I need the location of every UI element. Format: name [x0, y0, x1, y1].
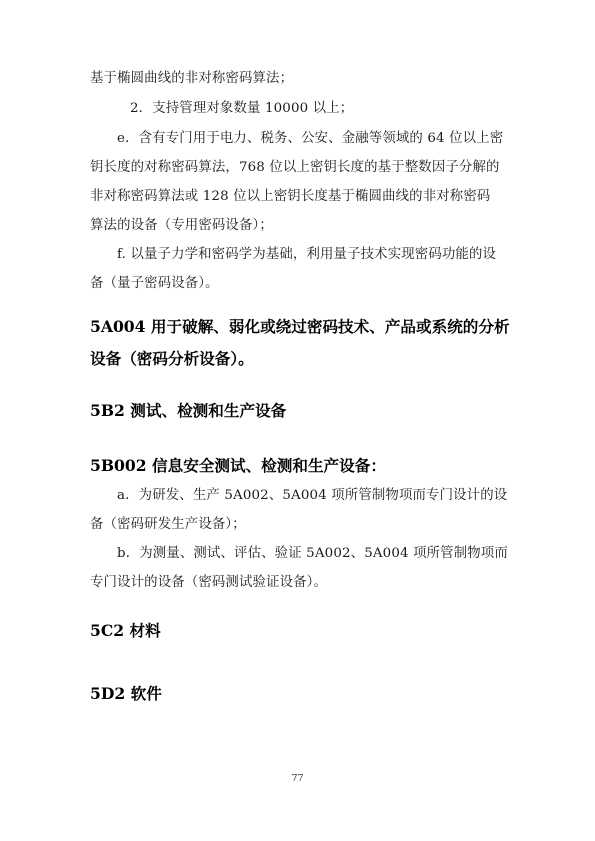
body-text-line: 钥长度的对称密码算法，768 位以上密钥长度的基于整数因子分解的	[90, 160, 508, 176]
list-item-f: f. 以量子力学和密码学为基础，利用量子技术实现密码功能的设	[117, 247, 535, 263]
section-heading-5b2: 5B2 测试、检测和生产设备	[90, 402, 286, 420]
body-text-line: 算法的设备（专用密码设备）；	[90, 218, 508, 234]
section-heading-5a004-cont: 设备（密码分析设备）。	[90, 350, 254, 368]
page-number: 77	[0, 773, 595, 784]
body-text-line: 备（量子密码设备）。	[90, 276, 508, 292]
list-item-e: e．含有专门用于电力、税务、公安、金融等领域的 64 位以上密	[117, 131, 535, 147]
section-heading-5b002: 5B002 信息安全测试、检测和生产设备：	[90, 457, 386, 475]
section-heading-5c2: 5C2 材料	[90, 622, 161, 640]
list-item-2: 2．支持管理对象数量 10000 以上；	[130, 101, 548, 117]
body-text-line: 基于椭圆曲线的非对称密码算法；	[90, 71, 508, 87]
section-heading-5a004: 5A004 用于破解、弱化或绕过密码技术、产品或系统的分析	[90, 318, 510, 336]
body-text-line: 非对称密码算法或 128 位以上密钥长度基于椭圆曲线的非对称密码	[90, 189, 508, 205]
body-text-line: 备（密码研发生产设备）；	[90, 517, 508, 533]
body-text-line: 专门设计的设备（密码测试验证设备）。	[90, 575, 508, 591]
section-heading-5d2: 5D2 软件	[90, 685, 162, 703]
list-item-a: a．为研发、生产 5A002、5A004 项所管制物项而专门设计的设	[117, 488, 535, 504]
list-item-b: b．为测量、测试、评估、验证 5A002、5A004 项所管制物项而	[117, 546, 535, 562]
